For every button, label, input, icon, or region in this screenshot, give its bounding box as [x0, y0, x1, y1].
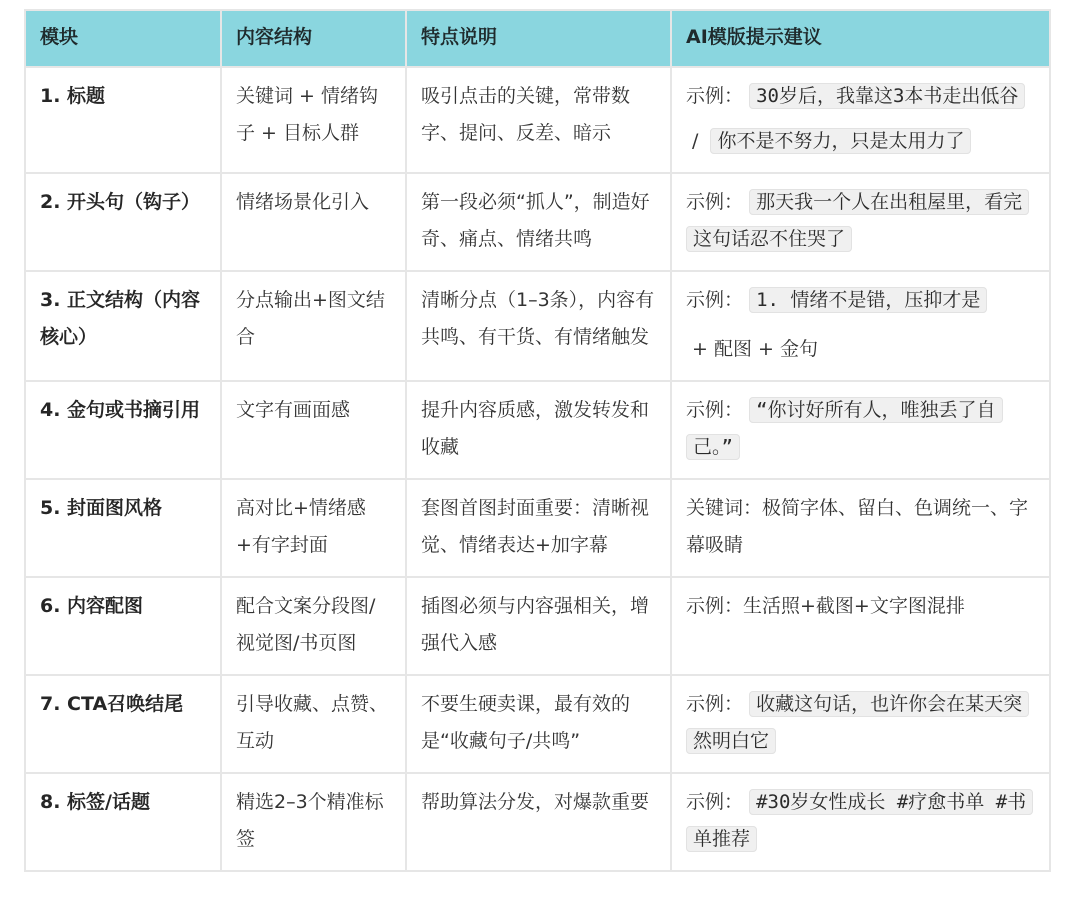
module-cell: 1. 标题 — [25, 67, 221, 173]
table-row: 7. CTA召唤结尾 引导收藏、点赞、互动 不要生硬卖课，最有效的是“收藏句子/… — [25, 675, 1050, 773]
table-header-row: 模块 内容结构 特点说明 AI模版提示建议 — [25, 10, 1050, 67]
column-header-module: 模块 — [25, 10, 221, 67]
column-header-feature: 特点说明 — [406, 10, 671, 67]
structure-cell: 高对比+情绪感+有字封面 — [221, 479, 406, 577]
module-cell: 2. 开头句（钩子） — [25, 173, 221, 271]
table-row: 1. 标题 关键词 + 情绪钩子 + 目标人群 吸引点击的关键，常带数字、提问、… — [25, 67, 1050, 173]
example-prefix: 示例： — [686, 191, 743, 213]
inline-code-example: 你不是不努力，只是太用力了 — [710, 128, 971, 154]
inline-code-example: 1. 情绪不是错，压抑才是 — [749, 287, 987, 313]
suggestion-cell: 关键词：极简字体、留白、色调统一、字幕吸睛 — [671, 479, 1050, 577]
module-cell: 4. 金句或书摘引用 — [25, 381, 221, 479]
module-cell: 8. 标签/话题 — [25, 773, 221, 871]
suggestion-cell: 示例： “你讨好所有人，唯独丢了自己。” — [671, 381, 1050, 479]
suggestion-cell: 示例： #30岁女性成长 #疗愈书单 #书单推荐 — [671, 773, 1050, 871]
structure-cell: 配合文案分段图/视觉图/书页图 — [221, 577, 406, 675]
feature-cell: 套图首图封面重要：清晰视觉、情绪表达+加字幕 — [406, 479, 671, 577]
separator-slash: / — [692, 123, 698, 160]
structure-cell: 分点输出+图文结合 — [221, 271, 406, 381]
structure-cell: 情绪场景化引入 — [221, 173, 406, 271]
example-prefix: 示例： — [686, 85, 743, 107]
table-row: 6. 内容配图 配合文案分段图/视觉图/书页图 插图必须与内容强相关，增强代入感… — [25, 577, 1050, 675]
table-row: 5. 封面图风格 高对比+情绪感+有字封面 套图首图封面重要：清晰视觉、情绪表达… — [25, 479, 1050, 577]
suggestion-cell: 示例： 1. 情绪不是错，压抑才是 + 配图 + 金句 — [671, 271, 1050, 381]
feature-cell: 第一段必须“抓人”，制造好奇、痛点、情绪共鸣 — [406, 173, 671, 271]
table-row: 4. 金句或书摘引用 文字有画面感 提升内容质感，激发转发和收藏 示例： “你讨… — [25, 381, 1050, 479]
column-header-structure: 内容结构 — [221, 10, 406, 67]
column-header-ai-suggestion: AI模版提示建议 — [671, 10, 1050, 67]
feature-cell: 插图必须与内容强相关，增强代入感 — [406, 577, 671, 675]
inline-code-example: 30岁后，我靠这3本书走出低谷 — [749, 83, 1025, 109]
module-cell: 3. 正文结构（内容核心） — [25, 271, 221, 381]
example-prefix: 示例： — [686, 791, 743, 813]
structure-cell: 关键词 + 情绪钩子 + 目标人群 — [221, 67, 406, 173]
module-cell: 5. 封面图风格 — [25, 479, 221, 577]
table-row: 3. 正文结构（内容核心） 分点输出+图文结合 清晰分点（1–3条），内容有共鸣… — [25, 271, 1050, 381]
example-prefix: 示例： — [686, 289, 743, 311]
example-prefix: 示例： — [686, 693, 743, 715]
table-row: 2. 开头句（钩子） 情绪场景化引入 第一段必须“抓人”，制造好奇、痛点、情绪共… — [25, 173, 1050, 271]
structure-cell: 引导收藏、点赞、互动 — [221, 675, 406, 773]
example-line-2: / 你不是不努力，只是太用力了 — [686, 123, 1035, 160]
feature-cell: 不要生硬卖课，最有效的是“收藏句子/共鸣” — [406, 675, 671, 773]
example-prefix: 示例： — [686, 399, 743, 421]
feature-cell: 清晰分点（1–3条），内容有共鸣、有干货、有情绪触发 — [406, 271, 671, 381]
suggestion-cell: 示例： 收藏这句话，也许你会在某天突然明白它 — [671, 675, 1050, 773]
suggestion-cell: 示例： 那天我一个人在出租屋里，看完这句话忍不住哭了 — [671, 173, 1050, 271]
feature-cell: 吸引点击的关键，常带数字、提问、反差、暗示 — [406, 67, 671, 173]
module-cell: 6. 内容配图 — [25, 577, 221, 675]
structure-cell: 文字有画面感 — [221, 381, 406, 479]
content-structure-table: 模块 内容结构 特点说明 AI模版提示建议 1. 标题 关键词 + 情绪钩子 +… — [24, 9, 1051, 872]
suggestion-cell: 示例：生活照+截图+文字图混排 — [671, 577, 1050, 675]
content-structure-table-container: 模块 内容结构 特点说明 AI模版提示建议 1. 标题 关键词 + 情绪钩子 +… — [24, 9, 1049, 872]
table-row: 8. 标签/话题 精选2–3个精准标签 帮助算法分发，对爆款重要 示例： #30… — [25, 773, 1050, 871]
suggestion-cell: 示例： 30岁后，我靠这3本书走出低谷 / 你不是不努力，只是太用力了 — [671, 67, 1050, 173]
feature-cell: 帮助算法分发，对爆款重要 — [406, 773, 671, 871]
structure-cell: 精选2–3个精准标签 — [221, 773, 406, 871]
module-cell: 7. CTA召唤结尾 — [25, 675, 221, 773]
example-suffix: + 配图 + 金句 — [686, 331, 1035, 368]
feature-cell: 提升内容质感，激发转发和收藏 — [406, 381, 671, 479]
